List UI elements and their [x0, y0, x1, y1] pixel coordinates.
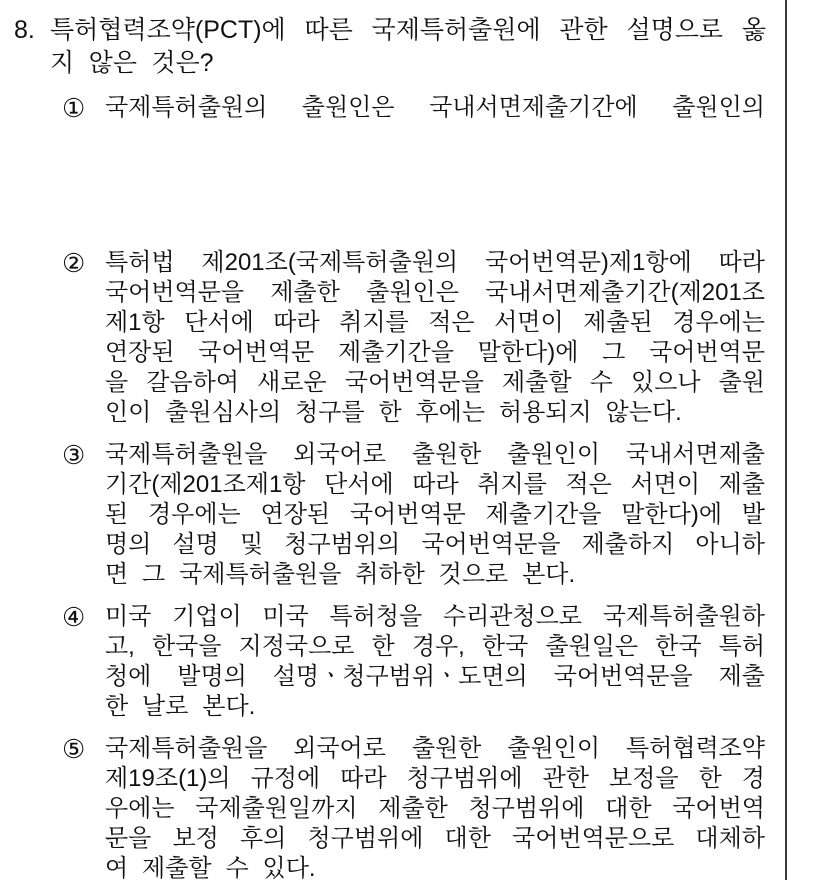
answer-choice: ⑤ 국제특허출원을 외국어로 출원한 출원인이 특허협력조약제19조(1)의 규…: [62, 734, 826, 880]
question-line: 지 않은 것은?: [50, 47, 766, 80]
choice-text: 국제특허출원의 출원인은 국내서면제출기간에 출원인의: [105, 93, 765, 123]
choice-text: 국제특허출원을 외국어로 출원한 출원인이 특허협력조약제19조(1)의 규정에…: [105, 734, 765, 880]
question-number: 8.: [14, 14, 50, 80]
choice-line: 제1항 단서에 따라 취지를 적은 서면이 제출된 경우에는: [105, 308, 765, 338]
question-text: 특허협력조약(PCT)에 따른 국제특허출원에 관한 설명으로 옳지 않은 것은…: [50, 14, 766, 80]
question-block: 8. 특허협력조약(PCT)에 따른 국제특허출원에 관한 설명으로 옳지 않은…: [0, 0, 826, 80]
choice-line: 명의 설명 및 청구범위의 국어번역문을 제출하지 아니하: [105, 530, 765, 560]
question-line: 특허협력조약(PCT)에 따른 국제특허출원에 관한 설명으로 옳: [50, 14, 766, 47]
choice-line: 국제특허출원을 외국어로 출원한 출원인이 특허협력조약: [105, 734, 765, 764]
answer-choice: ② 특허법 제201조(국제특허출원의 국어번역문)제1항에 따라국어번역문을 …: [62, 248, 826, 428]
choice-circled-number-icon: ②: [62, 248, 105, 428]
choice-line: 우에는 국제출원일까지 제출한 청구범위에 대한 국어번역: [105, 794, 765, 824]
choice-text: 국제특허출원을 외국어로 출원한 출원인이 국내서면제출기간(제201조제1항 …: [105, 440, 765, 590]
choice-line: 고, 한국을 지정국으로 한 경우, 한국 출원일은 한국 특허: [105, 632, 765, 662]
choices-list: ① 국제특허출원의 출원인은 국내서면제출기간에 출원인의 ② 특허법 제201…: [0, 93, 826, 880]
exam-page: 8. 특허협력조약(PCT)에 따른 국제특허출원에 관한 설명으로 옳지 않은…: [0, 0, 826, 880]
choice-line: 국제특허출원을 외국어로 출원한 출원인이 국내서면제출: [105, 440, 765, 470]
choice-line: 기간(제201조제1항 단서에 따라 취지를 적은 서면이 제출: [105, 470, 765, 500]
answer-choice: ③ 국제특허출원을 외국어로 출원한 출원인이 국내서면제출기간(제201조제1…: [62, 440, 826, 590]
choice-circled-number-icon: ④: [62, 602, 105, 722]
choice-text: 미국 기업이 미국 특허청을 수리관청으로 국제특허출원하고, 한국을 지정국으…: [105, 602, 765, 722]
choice-line: 한 날로 본다.: [105, 692, 765, 722]
choice-line: 국제특허출원의 출원인은 국내서면제출기간에 출원인의: [105, 93, 765, 123]
choice-text: 특허법 제201조(국제특허출원의 국어번역문)제1항에 따라국어번역문을 제출…: [105, 248, 765, 428]
choice-line: 연장된 국어번역문 제출기간을 말한다)에 그 국어번역문: [105, 338, 765, 368]
column-divider-line: [785, 0, 787, 880]
choice-circled-number-icon: ①: [62, 93, 105, 123]
answer-choice: ① 국제특허출원의 출원인은 국내서면제출기간에 출원인의: [62, 93, 826, 123]
choice-circled-number-icon: ③: [62, 440, 105, 590]
choice-line: 된 경우에는 연장된 국어번역문 제출기간을 말한다)에 발: [105, 500, 765, 530]
choice-line: 미국 기업이 미국 특허청을 수리관청으로 국제특허출원하: [105, 602, 765, 632]
answer-choice: ④ 미국 기업이 미국 특허청을 수리관청으로 국제특허출원하고, 한국을 지정…: [62, 602, 826, 722]
choice-line: 면 그 국제특허출원을 취하한 것으로 본다.: [105, 560, 765, 590]
choice-line: 을 갈음하여 새로운 국어번역문을 제출할 수 있으나 출원: [105, 368, 765, 398]
choice-line: 국어번역문을 제출한 출원인은 국내서면제출기간(제201조: [105, 278, 765, 308]
choice-line: 문을 보정 후의 청구범위에 대한 국어번역문으로 대체하: [105, 824, 765, 854]
choice-line: 제19조(1)의 규정에 따라 청구범위에 관한 보정을 한 경: [105, 764, 765, 794]
choice-line: 특허법 제201조(국제특허출원의 국어번역문)제1항에 따라: [105, 248, 765, 278]
choice-line: 청에 발명의 설명ㆍ청구범위ㆍ도면의 국어번역문을 제출: [105, 662, 765, 692]
choice-circled-number-icon: ⑤: [62, 734, 105, 880]
choice-line: 인이 출원심사의 청구를 한 후에는 허용되지 않는다.: [105, 398, 765, 428]
choice-line: 여 제출할 수 있다.: [105, 854, 765, 880]
